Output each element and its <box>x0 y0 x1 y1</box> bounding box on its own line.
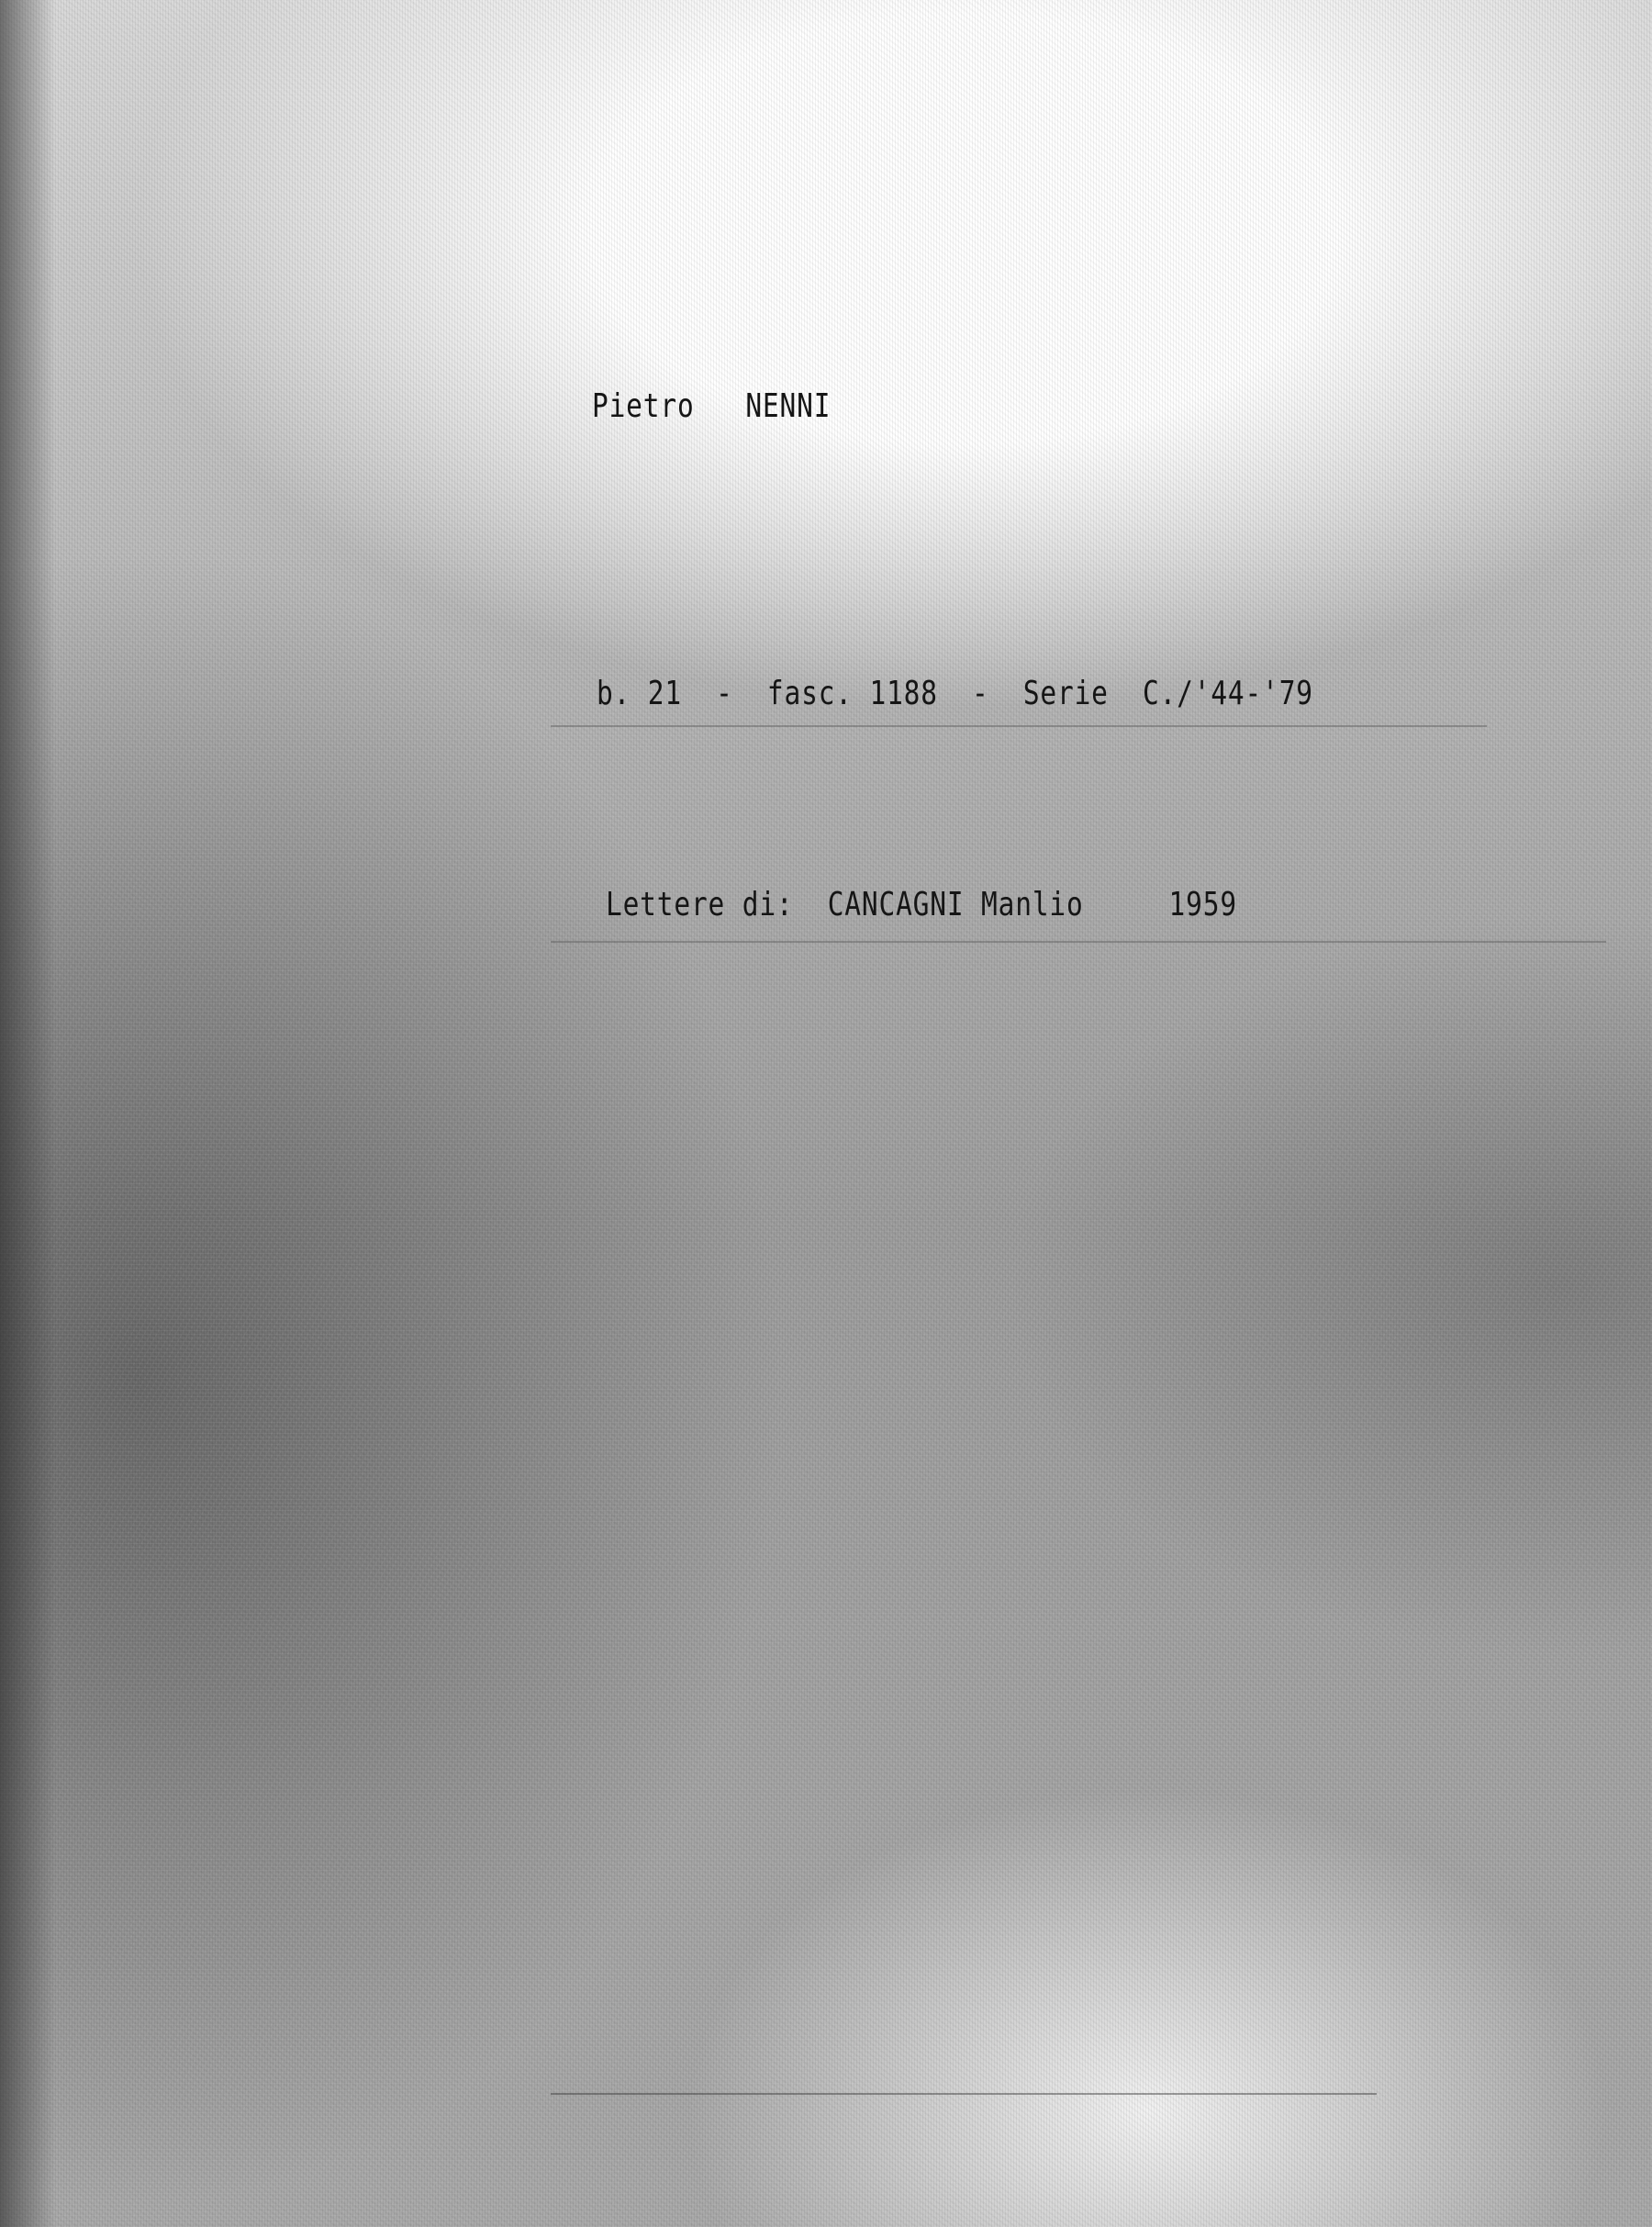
page-edge-shadow <box>0 0 55 2227</box>
underline-rule <box>551 941 1606 943</box>
bottom-rule <box>551 2093 1377 2095</box>
scan-noise <box>0 0 1652 2227</box>
letters-description: Lettere di: CANCAGNI Manlio 1959 <box>606 886 1237 923</box>
archive-reference: b. 21 - fasc. 1188 - Serie C./'44-'79 <box>597 675 1313 712</box>
underline-rule <box>551 725 1487 727</box>
author-name: Pietro NENNI <box>592 387 831 425</box>
